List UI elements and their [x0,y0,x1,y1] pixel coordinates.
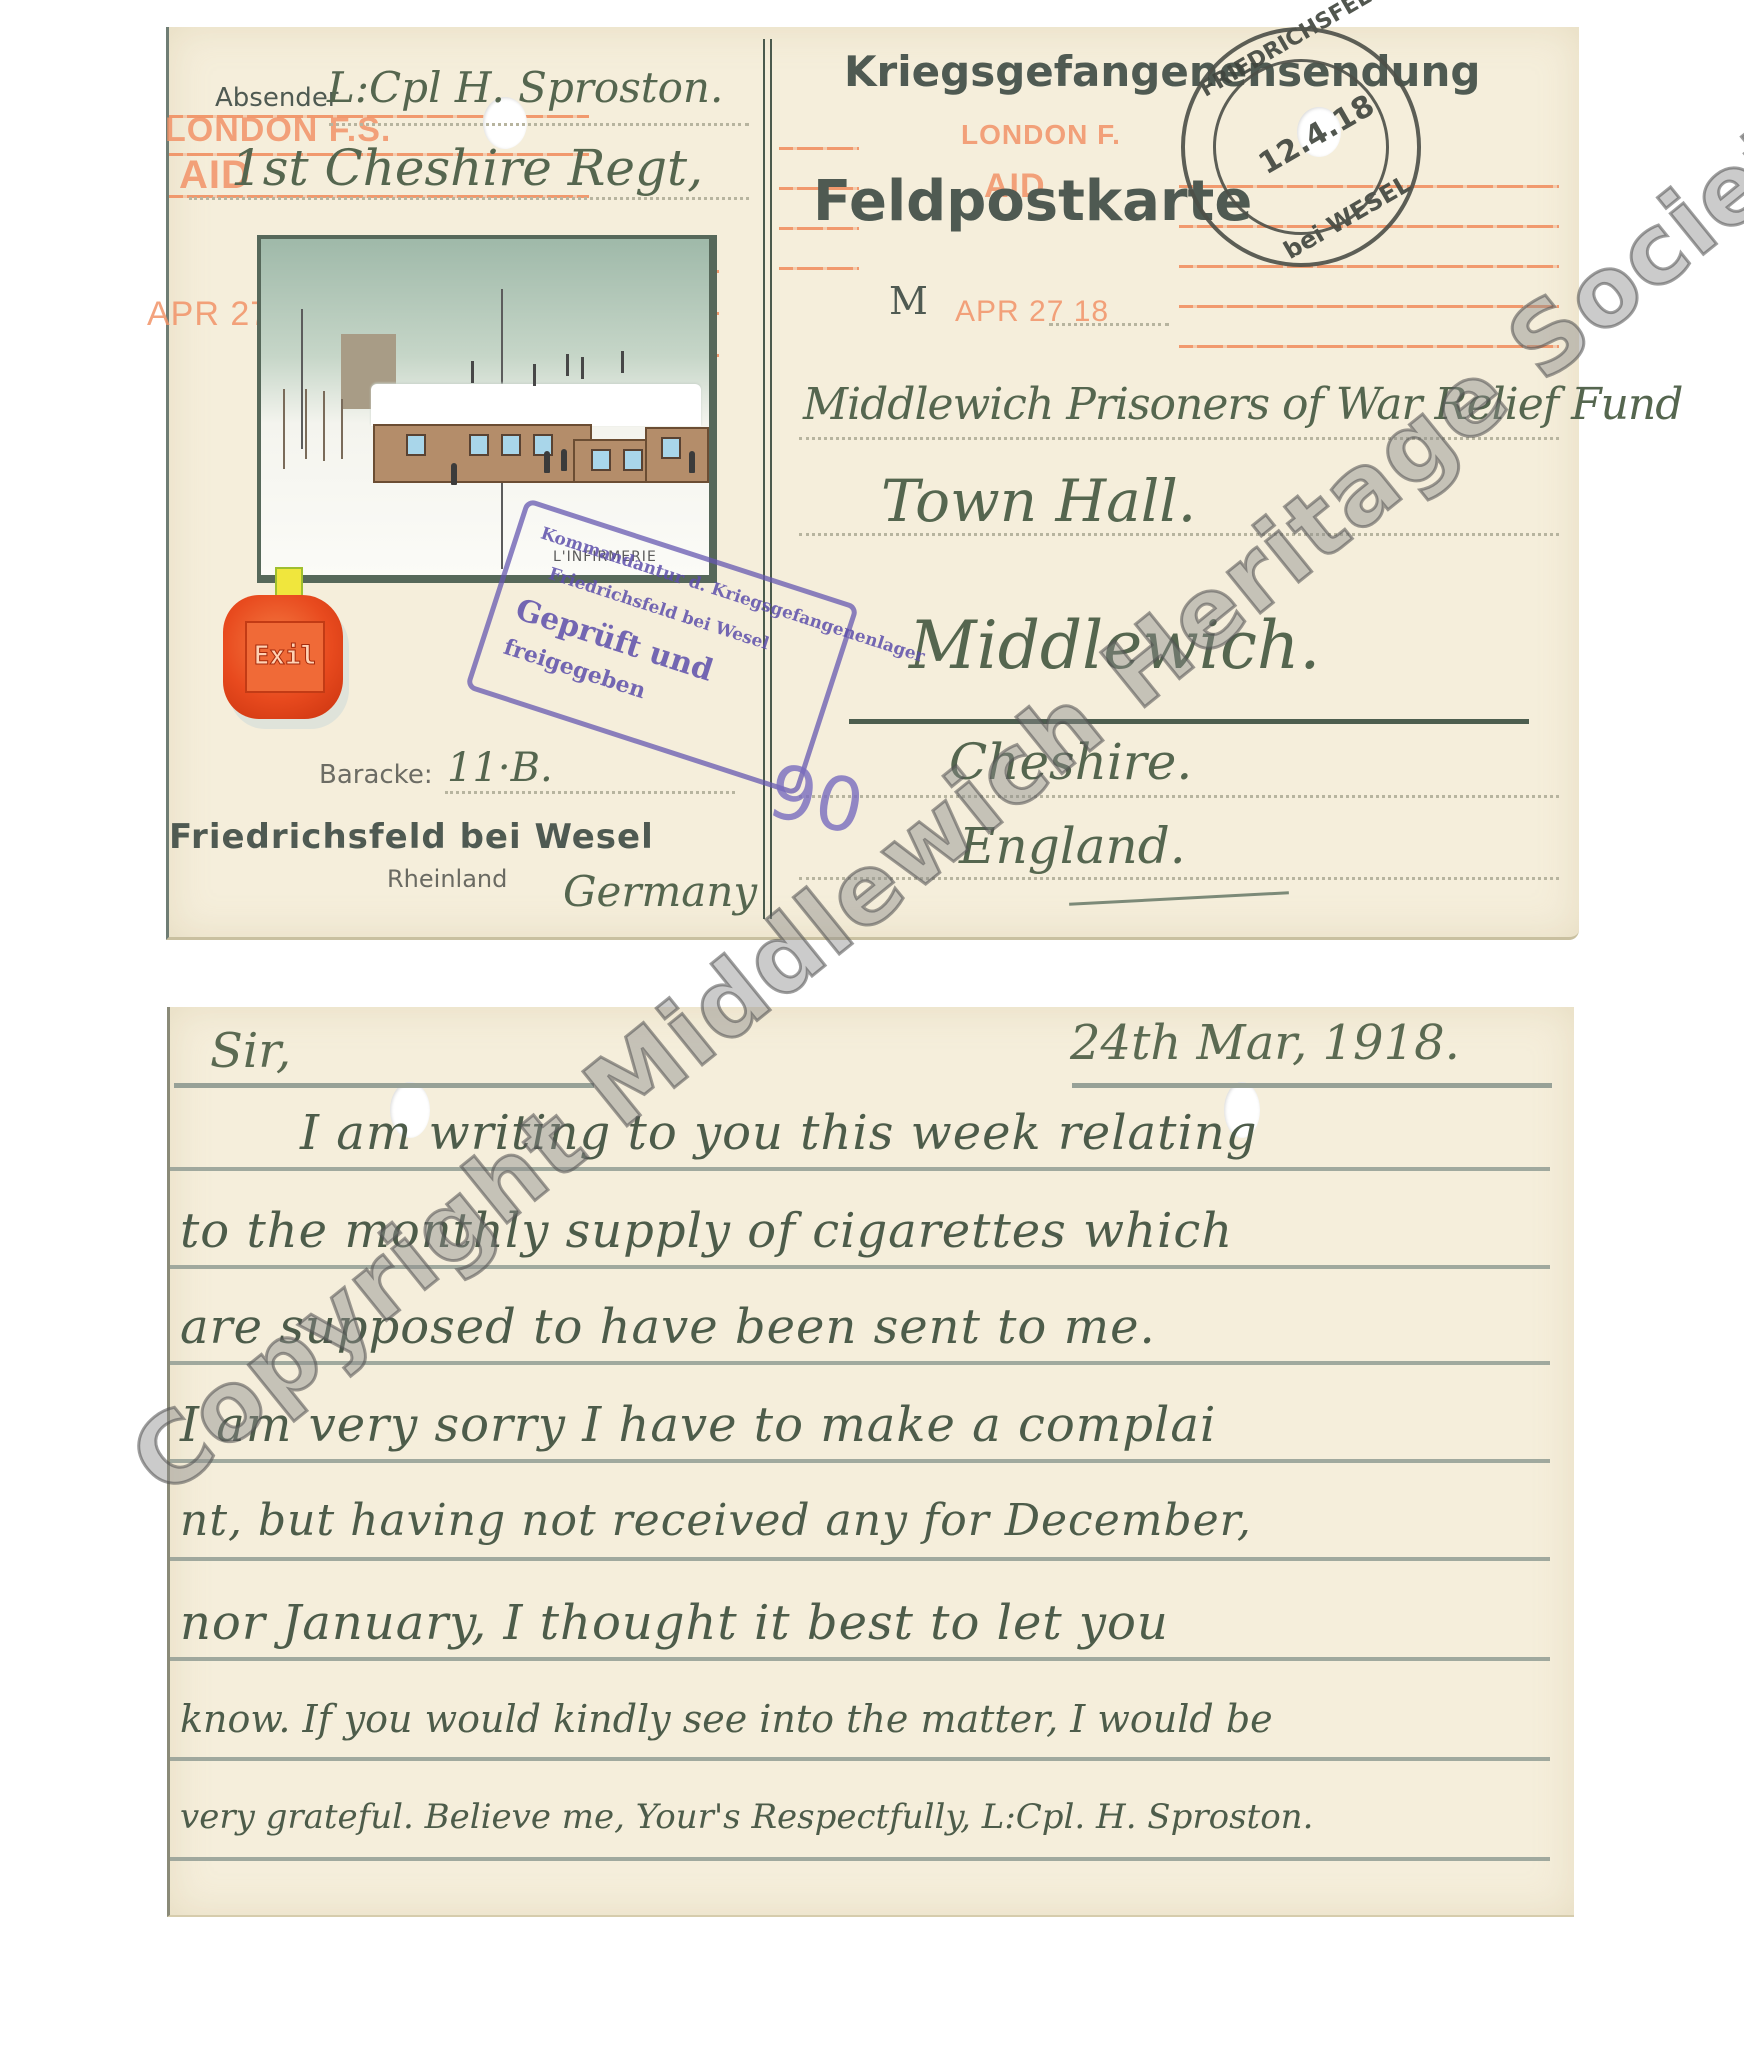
window [501,434,521,456]
baracke-value: 11·B. [447,745,553,791]
salutation: Sir, [210,1023,291,1079]
addressee-line4: Cheshire. [949,733,1192,791]
tree [323,391,325,461]
sender-label: Absender [215,83,339,113]
figure [561,449,567,471]
postcard-back: Sir, 24th Mar, 1918. I am writing to you… [167,1007,1574,1917]
telegraph-pole [301,309,303,449]
ruled-line [170,1757,1550,1761]
dotted-line [445,791,735,794]
m-mark: M [889,279,928,323]
addressee-line1: Middlewich Prisoners of War Relief Fund [803,379,1682,430]
camp-illustration: L'INFIRMERIE [257,235,717,583]
ruled-line [1072,1083,1552,1088]
wax-seal: Exil [223,595,343,719]
ruled-line [170,1361,1550,1365]
dotted-line [799,533,1559,536]
dotted-line [799,437,1559,440]
dotted-line [799,877,1559,880]
ruled-line [170,1265,1550,1269]
sender-name: L:Cpl H. Sproston. [327,63,723,112]
letter-line-7: know. If you would kindly see into the m… [180,1697,1273,1741]
ruled-line [170,1167,1550,1171]
cancel-line [779,267,859,270]
dotted-line [799,795,1559,798]
letter-line-1: I am writing to you this week relating [300,1105,1257,1161]
cancel-line [779,147,859,150]
window [406,434,426,456]
letter-line-8: very grateful. Believe me, Your's Respec… [180,1797,1313,1837]
camp-name: Friedrichsfeld bei Wesel [169,817,654,857]
window [661,437,681,459]
figure [689,451,695,473]
addressee-line2: Town Hall. [881,467,1196,535]
window [469,434,489,456]
letter-line-2: to the monthly supply of cigarettes whic… [180,1203,1233,1259]
camp-region: Rheinland [387,865,507,893]
figure [544,451,550,473]
camp-country: Germany [563,867,757,916]
censor-number: 90 [761,748,871,852]
cancel-line [1179,305,1559,308]
sender-unit: 1st Cheshire Regt, [231,139,703,197]
dotted-line [1049,323,1169,326]
dotted-line [329,123,749,126]
window [533,434,553,456]
ruled-line [170,1657,1550,1661]
ruled-line [170,1557,1550,1561]
cancel-line [1179,265,1559,268]
chimney [471,361,474,383]
ruled-line [174,1083,594,1088]
baracke-label: Baracke: [319,760,433,790]
dotted-line [189,197,749,200]
chimney [621,351,624,373]
barrack-roof [371,384,701,426]
tree [341,399,343,459]
london-cancel-right-top: LONDON F. [961,119,1121,151]
figure [451,463,457,485]
chimney [566,354,569,376]
ruled-line [170,1857,1550,1861]
seal-label: Exil [247,641,323,671]
letter-date: 24th Mar, 1918. [1070,1015,1460,1071]
ruled-line [170,1459,1550,1463]
tree [305,389,307,459]
postcard-front: LONDON F.S. AID APR 27 18 LONDON F. AID … [166,27,1579,940]
addressee-line5: England. [959,817,1186,875]
window [623,449,643,471]
address-underline [849,719,1529,724]
window [591,449,611,471]
chimney [533,364,536,386]
letter-line-5: nt, but having not received any for Dece… [180,1495,1252,1546]
cancel-line [1179,345,1559,348]
seal-face: Exil [245,621,325,693]
letter-line-6: nor January, I thought it best to let yo… [180,1595,1169,1651]
letter-line-4: I am very sorry I have to make a complai [180,1397,1216,1453]
chimney [581,357,584,379]
letter-line-3: are supposed to have been sent to me. [180,1299,1156,1355]
addressee-line3: Middlewich. [909,607,1320,684]
tree [283,389,285,469]
flourish [1069,891,1289,906]
